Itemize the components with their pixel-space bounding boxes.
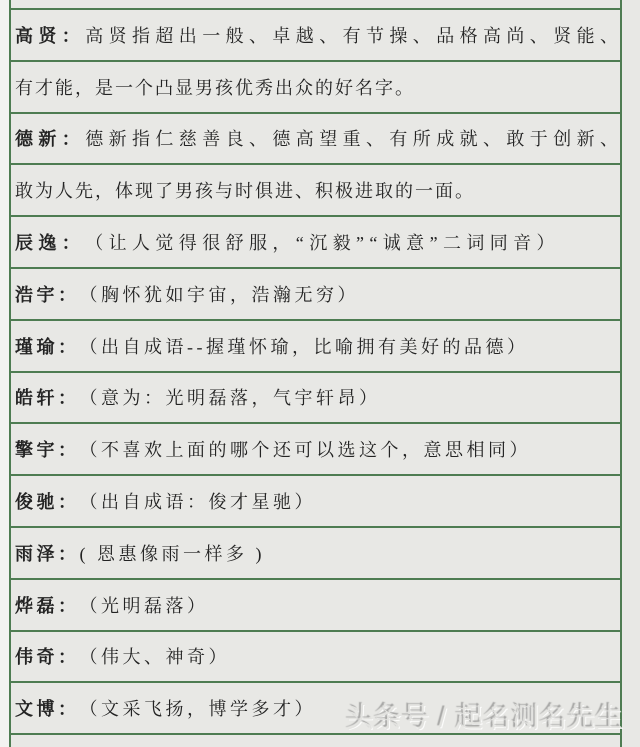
left-page-margin (0, 0, 9, 747)
name-meaning: （意为：光明磊落，气宇轩昂） (80, 384, 381, 410)
table-row: 伟奇：（伟大、神奇） (11, 632, 620, 684)
name-meaning: ( 恩惠像雨一样多 ) (80, 540, 266, 566)
table-row: 俊驰：（出自成语：俊才星驰） (11, 476, 620, 528)
name-label: 高贤： (15, 22, 85, 48)
name-label: 伟奇： (15, 643, 80, 669)
table-row: 辰逸：（让人觉得很舒服，“沉毅”“诚意”二词同音） (11, 217, 620, 269)
name-meaning: （出自成语--握瑾怀瑜，比喻拥有美好的品德） (80, 333, 529, 359)
name-label: 辰逸： (15, 229, 85, 255)
table-row: 敢为人先，体现了男孩与时俱进、积极进取的一面。 (11, 165, 620, 217)
name-label: 雨泽： (15, 540, 80, 566)
table-row: 皓轩：（意为：光明磊落，气宇轩昂） (11, 373, 620, 425)
name-meaning: 德新指仁慈善良、德高望重、有所成就、敢于创新、 (85, 125, 623, 151)
names-table: 高贤：高贤指超出一般、卓越、有节操、品格高尚、贤能、 有才能，是一个凸显男孩优秀… (9, 0, 622, 747)
table-row: 雨泽：( 恩惠像雨一样多 ) (11, 528, 620, 580)
name-meaning: （出自成语：俊才星驰） (80, 488, 317, 514)
table-row: 有才能，是一个凸显男孩优秀出众的好名字。 (11, 62, 620, 114)
name-meaning: （文采飞扬，博学多才） (80, 695, 317, 721)
name-meaning: 高贤指超出一般、卓越、有节操、品格高尚、贤能、 (85, 22, 623, 48)
name-label: 擎宇： (15, 436, 80, 462)
table-row: 浩宇：（胸怀犹如宇宙，浩瀚无穷） (11, 269, 620, 321)
table-row: 擎宇：（不喜欢上面的哪个还可以选这个，意思相同） (11, 424, 620, 476)
name-label: 皓轩： (15, 384, 80, 410)
name-meaning: （光明磊落） (80, 592, 209, 618)
name-meaning: 敢为人先，体现了男孩与时俱进、积极进取的一面。 (15, 177, 475, 203)
table-row-partial-top (11, 0, 620, 10)
name-label: 德新： (15, 125, 85, 151)
name-meaning: （不喜欢上面的哪个还可以选这个，意思相同） (80, 436, 532, 462)
document-page: 高贤：高贤指超出一般、卓越、有节操、品格高尚、贤能、 有才能，是一个凸显男孩优秀… (0, 0, 640, 747)
table-row: 高贤：高贤指超出一般、卓越、有节操、品格高尚、贤能、 (11, 10, 620, 62)
name-label: 烨磊： (15, 592, 80, 618)
name-meaning: 有才能，是一个凸显男孩优秀出众的好名字。 (15, 74, 415, 100)
name-label: 瑾瑜： (15, 333, 80, 359)
name-meaning: （让人觉得很舒服，“沉毅”“诚意”二词同音） (85, 229, 560, 255)
table-row: 瑾瑜：（出自成语--握瑾怀瑜，比喻拥有美好的品德） (11, 321, 620, 373)
table-row: 烨磊：（光明磊落） (11, 580, 620, 632)
name-meaning: （伟大、神奇） (80, 643, 231, 669)
name-meaning: （胸怀犹如宇宙，浩瀚无穷） (80, 281, 360, 307)
name-label: 浩宇： (15, 281, 80, 307)
table-row: 德新：德新指仁慈善良、德高望重、有所成就、敢于创新、 (11, 114, 620, 166)
toutiao-watermark: 头条号 / 起名测名先生 (346, 696, 624, 735)
name-label: 文博： (15, 695, 80, 721)
name-label: 俊驰： (15, 488, 80, 514)
